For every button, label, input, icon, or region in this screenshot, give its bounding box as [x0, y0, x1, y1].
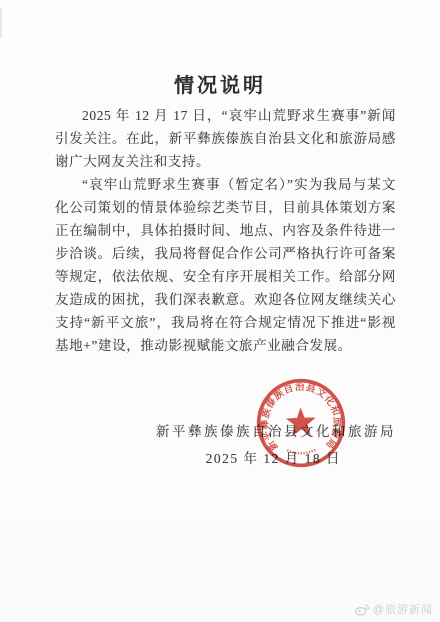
paragraph-2: “哀牢山荒野求生赛事（暂定名）”实为我局与某文化公司策划的情景体验综艺类节目，目…: [55, 173, 396, 357]
photo-edge-artifact: [0, 8, 2, 38]
paragraph-1: 2025 年 12 月 17 日，“哀牢山荒野求生赛事”新闻引发关注。在此，新平…: [55, 104, 396, 173]
seal-star-icon: [286, 407, 317, 436]
seal-serial-marks: [287, 449, 317, 454]
weibo-icon: [355, 603, 370, 616]
document-photo: 情况说明 2025 年 12 月 17 日，“哀牢山荒野求生赛事”新闻引发关注。…: [0, 0, 440, 622]
document-title: 情况说明: [0, 69, 440, 98]
watermark: @旅游新闻: [355, 601, 433, 617]
document-body: 2025 年 12 月 17 日，“哀牢山荒野求生赛事”新闻引发关注。在此，新平…: [55, 104, 396, 357]
watermark-text: @旅游新闻: [373, 601, 433, 617]
official-seal-stamp: 新平彝族傣族自治县文化和旅游局: [250, 375, 351, 470]
